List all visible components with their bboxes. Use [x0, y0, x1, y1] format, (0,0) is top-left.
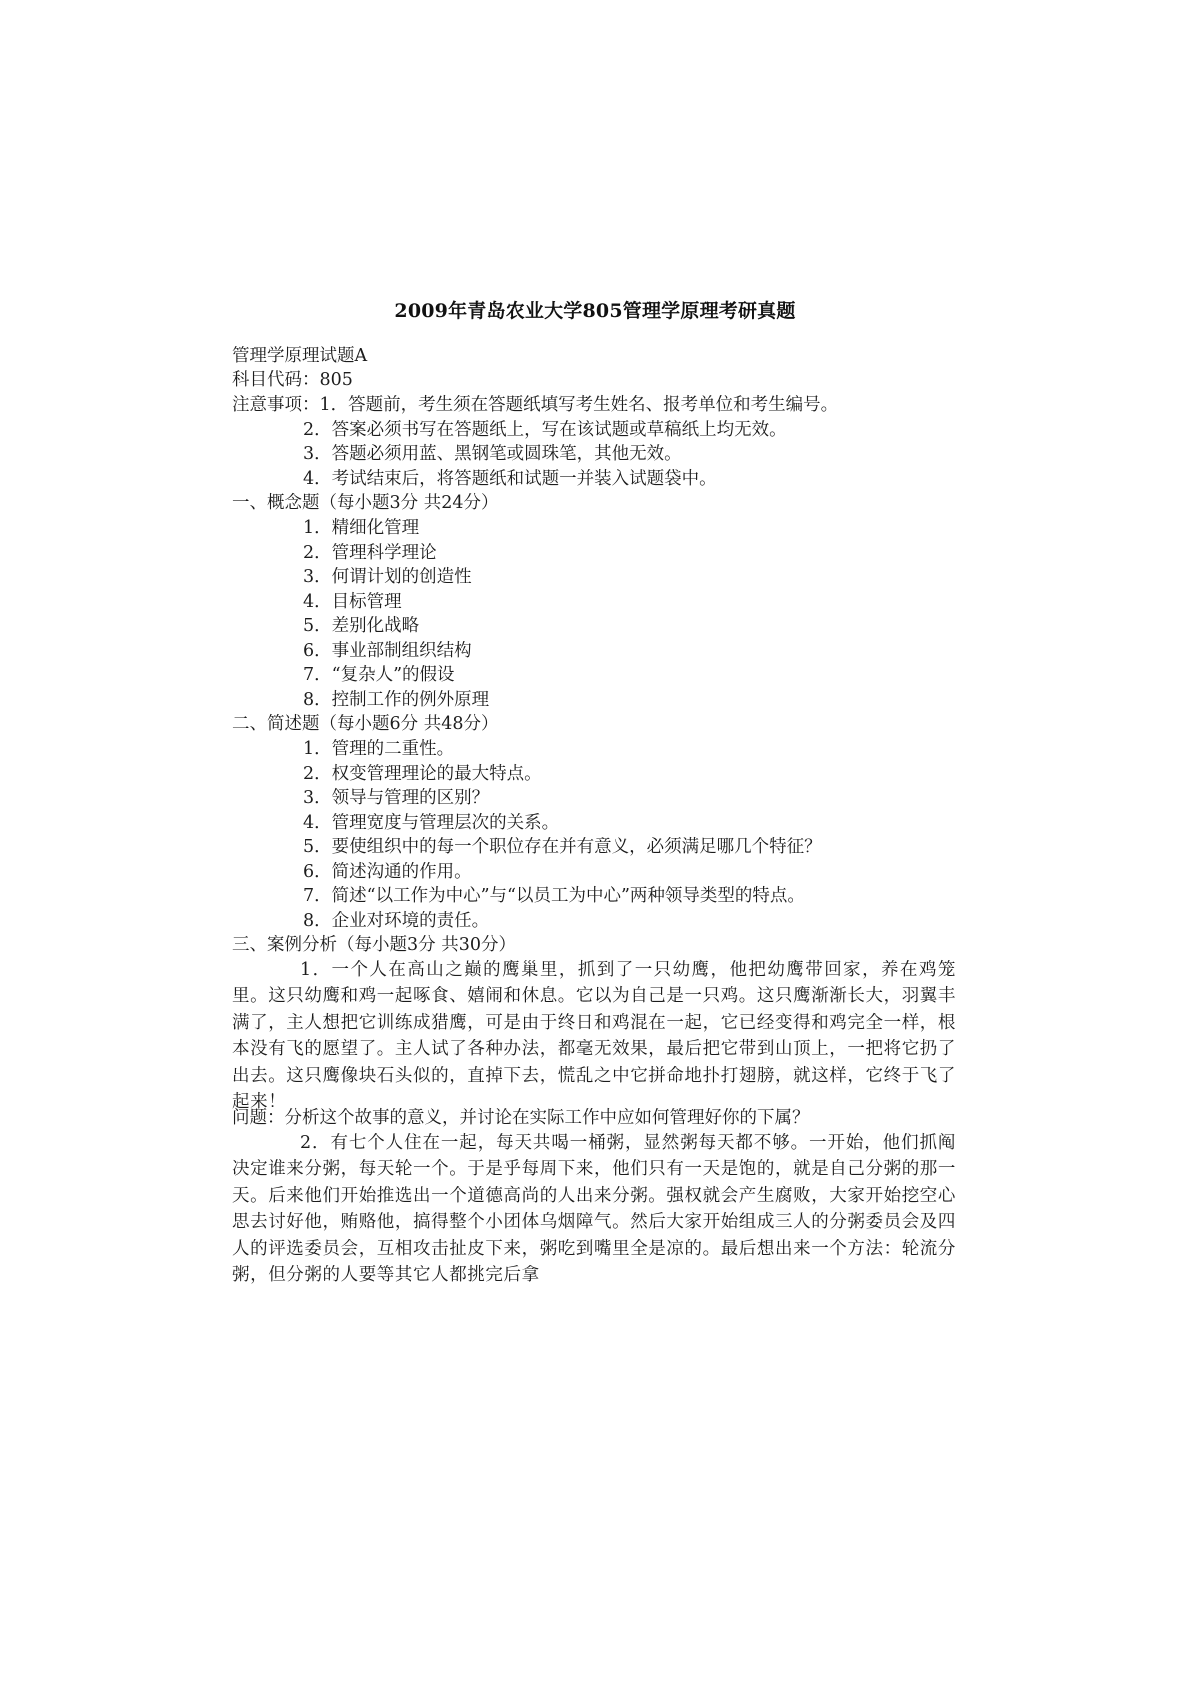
- question-item: 3．何谓计划的创造性: [303, 564, 472, 590]
- section-heading: 三、案例分析（每小题3分 共30分）: [232, 932, 516, 958]
- question-item: 1．管理的二重性。: [303, 736, 454, 762]
- subject-code: 科目代码：805: [232, 367, 353, 393]
- question-item: 7．“复杂人”的假设: [303, 662, 455, 688]
- notes-label: 注意事项：: [232, 395, 320, 415]
- document-page: 2009年青岛农业大学805管理学原理考研真题 管理学原理试题A 科目代码：80…: [0, 0, 1190, 1683]
- note-item: 1．答题前，考生须在答题纸填写考生姓名、报考单位和考生编号。: [320, 395, 839, 415]
- question-item: 1．精细化管理: [303, 515, 419, 541]
- question-item: 8．企业对环境的责任。: [303, 908, 489, 934]
- section-heading: 二、简述题（每小题6分 共48分）: [232, 711, 498, 737]
- notes-row: 注意事项：1．答题前，考生须在答题纸填写考生姓名、报考单位和考生编号。: [232, 392, 838, 418]
- question-item: 3．领导与管理的区别？: [303, 785, 489, 811]
- case-paragraph: 1．一个人在高山之巅的鹰巢里，抓到了一只幼鹰，他把幼鹰带回家，养在鸡笼里。这只幼…: [232, 957, 956, 1115]
- exam-name: 管理学原理试题A: [232, 343, 367, 369]
- question-item: 4．目标管理: [303, 589, 402, 615]
- question-item: 2．管理科学理论: [303, 540, 437, 566]
- document-title: 2009年青岛农业大学805管理学原理考研真题: [0, 296, 1190, 323]
- question-item: 4．管理宽度与管理层次的关系。: [303, 810, 559, 836]
- case-paragraph: 2．有七个人住在一起，每天共喝一桶粥，显然粥每天都不够。一开始，他们抓阄决定谁来…: [232, 1130, 956, 1288]
- question-item: 7．简述“以工作为中心”与“以员工为中心”两种领导类型的特点。: [303, 883, 805, 909]
- question-item: 6．事业部制组织结构: [303, 638, 472, 664]
- question-item: 6．简述沟通的作用。: [303, 859, 472, 885]
- question-item: 8．控制工作的例外原理: [303, 687, 489, 713]
- note-item: 3．答题必须用蓝、黑钢笔或圆珠笔，其他无效。: [303, 441, 682, 467]
- section-heading: 一、概念题（每小题3分 共24分）: [232, 490, 498, 516]
- question-item: 2．权变管理理论的最大特点。: [303, 761, 542, 787]
- question-item: 5．差别化战略: [303, 613, 419, 639]
- case-question: 问题：分析这个故事的意义，并讨论在实际工作中应如何管理好你的下属？: [232, 1105, 810, 1131]
- note-item: 2．答案必须书写在答题纸上，写在该试题或草稿纸上均无效。: [303, 417, 787, 443]
- note-item: 4．考试结束后，将答题纸和试题一并装入试题袋中。: [303, 466, 717, 492]
- question-item: 5．要使组织中的每一个职位存在并有意义，必须满足哪几个特征？: [303, 834, 822, 860]
